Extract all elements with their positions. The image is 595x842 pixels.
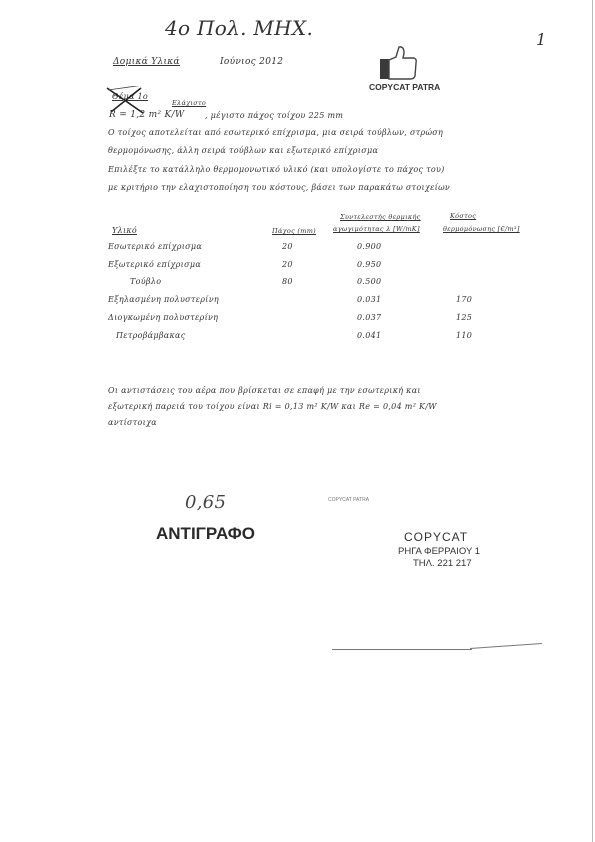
row-cost: 170 [456,295,472,304]
row-lambda: 0.950 [357,260,381,269]
row-cost: 110 [456,331,472,340]
shop-address: ΡΗΓΑ ΦΕΡΡΑΙΟΥ 1 [398,546,480,557]
divider-line-end [470,643,542,649]
thumbs-up-icon [378,45,418,81]
resistance-line-3: αντίστοιχα [108,418,157,427]
resistance-line-1: Οι αντιστάσεις του αέρα που βρίσκεται σε… [108,386,421,395]
row-lambda: 0.031 [357,295,381,304]
header-thickness: Πάχος (mm) [272,227,316,235]
page-edge [592,0,593,842]
row-thickness: 20 [282,242,293,251]
row-lambda: 0.900 [357,242,381,251]
row-material: Πετροβάμβακας [116,331,186,340]
row-material: Εξωτερικό επίχρισμα [108,260,201,269]
max-thickness: , μέγιστο πάχος τοίχου 225 mm [205,111,343,120]
header-material: Υλικό [112,226,137,235]
row-material: Διογκωμένη πολυστερίνη [108,313,218,322]
problem-line-3: Επιλέξτε το κατάλληλο θερμομονωτικό υλικ… [108,165,445,174]
divider-line [332,649,472,650]
min-note: Ελάχιστο [172,99,206,107]
problem-line-1: Ο τοίχος αποτελείται από εσωτερικό επίχρ… [108,128,443,137]
copy-stamp: ΑΝΤΙΓΡΑΦΟ [156,524,255,544]
row-material: Εξηλασμένη πολυστερίνη [108,295,219,304]
stamp-label: COPYCAT PATRA [369,82,440,92]
row-lambda: 0.041 [357,331,381,340]
row-lambda: 0.500 [357,277,381,286]
problem-line-4: με κριτήριο την ελαχιστοποίηση του κόστο… [108,183,450,192]
r-value: R = 1,2 m² K/W [109,110,184,120]
row-lambda: 0.037 [357,313,381,322]
header-cost-bottom: θερμομόνωσης [€/m³] [443,225,520,233]
course-subject: Δομικά Υλικά [113,57,180,67]
row-material: Εσωτερικό επίχρισμα [108,242,202,251]
row-thickness: 80 [282,277,293,286]
shop-name: COPYCAT [404,530,468,544]
document-title: 4ο Πολ. ΜΗΧ. [165,16,313,40]
header-conductivity-bottom: αγωγιμότητας λ [W/mK] [333,225,420,233]
problem-line-2: θερμομόνωσης, άλλη σειρά τούβλων και εξω… [108,146,378,155]
page-mark: 1 [536,30,546,49]
exam-date: Ιούνιος 2012 [220,57,283,67]
row-thickness: 20 [282,260,293,269]
resistance-line-2: εξωτερική παρειά του τοίχου είναι Ri = 0… [108,402,437,411]
shop-phone: ΤΗΛ. 221 217 [413,558,472,569]
row-material: Τούβλο [130,277,161,286]
header-cost-top: Κόστος [450,212,476,220]
price-note: 0,65 [185,492,226,513]
row-cost: 125 [456,313,472,322]
header-conductivity-top: Συντελεστής θερμικής [340,213,421,221]
small-stamp: COPYCAT PATRA [328,497,369,503]
